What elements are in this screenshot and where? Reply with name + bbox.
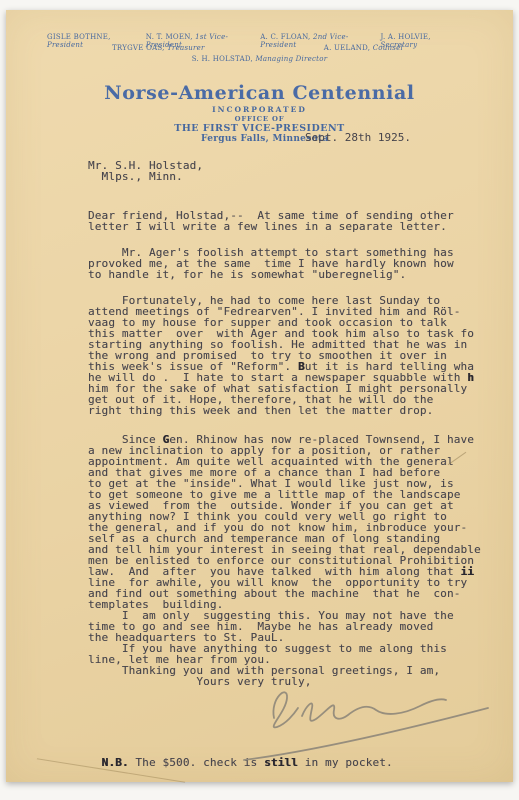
typed-line: Mlps., Minn.	[88, 171, 511, 182]
typed-line: I am only suggesting this. You may not h…	[88, 610, 511, 621]
typed-line: this matter over with Ager and took him …	[88, 328, 511, 339]
typed-line: and that gives me more of a chance than …	[88, 467, 511, 478]
typed-line: line, let me hear from you.	[88, 654, 511, 665]
typed-date: Sept. 28th 1925.	[305, 131, 411, 144]
officer-entry: A. UELAND, Counsel	[324, 44, 403, 52]
typed-line: attend meetings of "Fedrearven". I invit…	[88, 306, 511, 317]
typed-line: this week's issue of "Reform". But it is…	[88, 361, 511, 372]
typed-line: the headquarters to St. PauL.	[88, 632, 511, 643]
handwritten-signature	[236, 672, 514, 770]
paragraph: Dear friend, Holstad,-- At same time of …	[88, 210, 511, 232]
scanned-letter-page: { "letterhead": { "officer_rows": [ [ {"…	[0, 0, 519, 800]
typed-line: and find out something about the machine…	[88, 588, 511, 599]
organization-name: Norse-American Centennial	[6, 82, 513, 104]
paragraph: Mr. Ager's foolish attempt to start some…	[88, 247, 511, 280]
typed-line: a new inclination to apply for a positio…	[88, 445, 511, 456]
typed-line: If you have anything to suggest to me al…	[88, 643, 511, 654]
typed-line: Since Gen. Rhinow has now re-placed Town…	[88, 434, 511, 445]
letterhead-officers-row-2: TRYGVE OAS, TreasurerA. UELAND, Counsel	[112, 44, 403, 52]
typed-line: to handle it, for he is somewhat "ubereg…	[88, 269, 511, 280]
typed-line: provoked me, at the same time I have har…	[88, 258, 511, 269]
typed-line: get out of it. Hope, therefore, that he …	[88, 394, 511, 405]
paragraph: Fortunately, he had to come here last Su…	[88, 295, 511, 416]
paragraph: Mr. S.H. Holstad, Mlps., Minn.	[88, 160, 511, 182]
typed-line: to get at the "inside". What I would lik…	[88, 478, 511, 489]
typed-line: the general, and if you do not know him,…	[88, 522, 511, 533]
typed-line: self as a church and temperance man of l…	[88, 533, 511, 544]
office-title: THE FIRST VICE-PRESIDENT	[6, 123, 513, 134]
typed-line: Mr. Ager's foolish attempt to start some…	[88, 247, 511, 258]
typed-line: right thing this week and then let the m…	[88, 405, 511, 416]
letter-paper: GISLE BOTHNE, PresidentN. T. MOEN, 1st V…	[6, 10, 513, 782]
typed-line: Dear friend, Holstad,-- At same time of …	[88, 210, 511, 221]
office-of-label: OFFICE OF	[6, 115, 513, 123]
typed-line: Fortunately, he had to come here last Su…	[88, 295, 511, 306]
typed-line: time to go and see him. Maybe he has alr…	[88, 621, 511, 632]
incorporated-label: INCORPORATED	[6, 105, 513, 114]
typed-line: vaag to my house for supper and took occ…	[88, 317, 511, 328]
paragraph: Since Gen. Rhinow has now re-placed Town…	[88, 434, 511, 610]
typed-line: line for awhile, you will know the oppor…	[88, 577, 511, 588]
typed-line: starting anything so foolish. He admitte…	[88, 339, 511, 350]
typed-line: him for the sake of what satisfaction I …	[88, 383, 511, 394]
typed-line: templates building.	[88, 599, 511, 610]
typed-line: Mr. S.H. Holstad,	[88, 160, 511, 171]
typed-line: men be enlisted to enforce our constitut…	[88, 555, 511, 566]
officer-entry: TRYGVE OAS, Treasurer	[112, 44, 205, 52]
typed-line: as viewed from the outside. Wonder if yo…	[88, 500, 511, 511]
typed-line: the wrong and promised to try to smoothe…	[88, 350, 511, 361]
typed-line: letter I will write a few lines in a sep…	[88, 221, 511, 232]
typed-line: anything now? I think you could very wel…	[88, 511, 511, 522]
typed-line: law. And after you have talked with him …	[88, 566, 511, 577]
letterhead-officers-row-3: S. H. HOLSTAD, Managing Director	[6, 55, 513, 63]
typed-line: and tell him your interest in seeing tha…	[88, 544, 511, 555]
typed-line: he will do . I hate to start a newspaper…	[88, 372, 511, 383]
typed-line: to get someone to give me a little map o…	[88, 489, 511, 500]
officer-entry: S. H. HOLSTAD, Managing Director	[192, 55, 328, 63]
